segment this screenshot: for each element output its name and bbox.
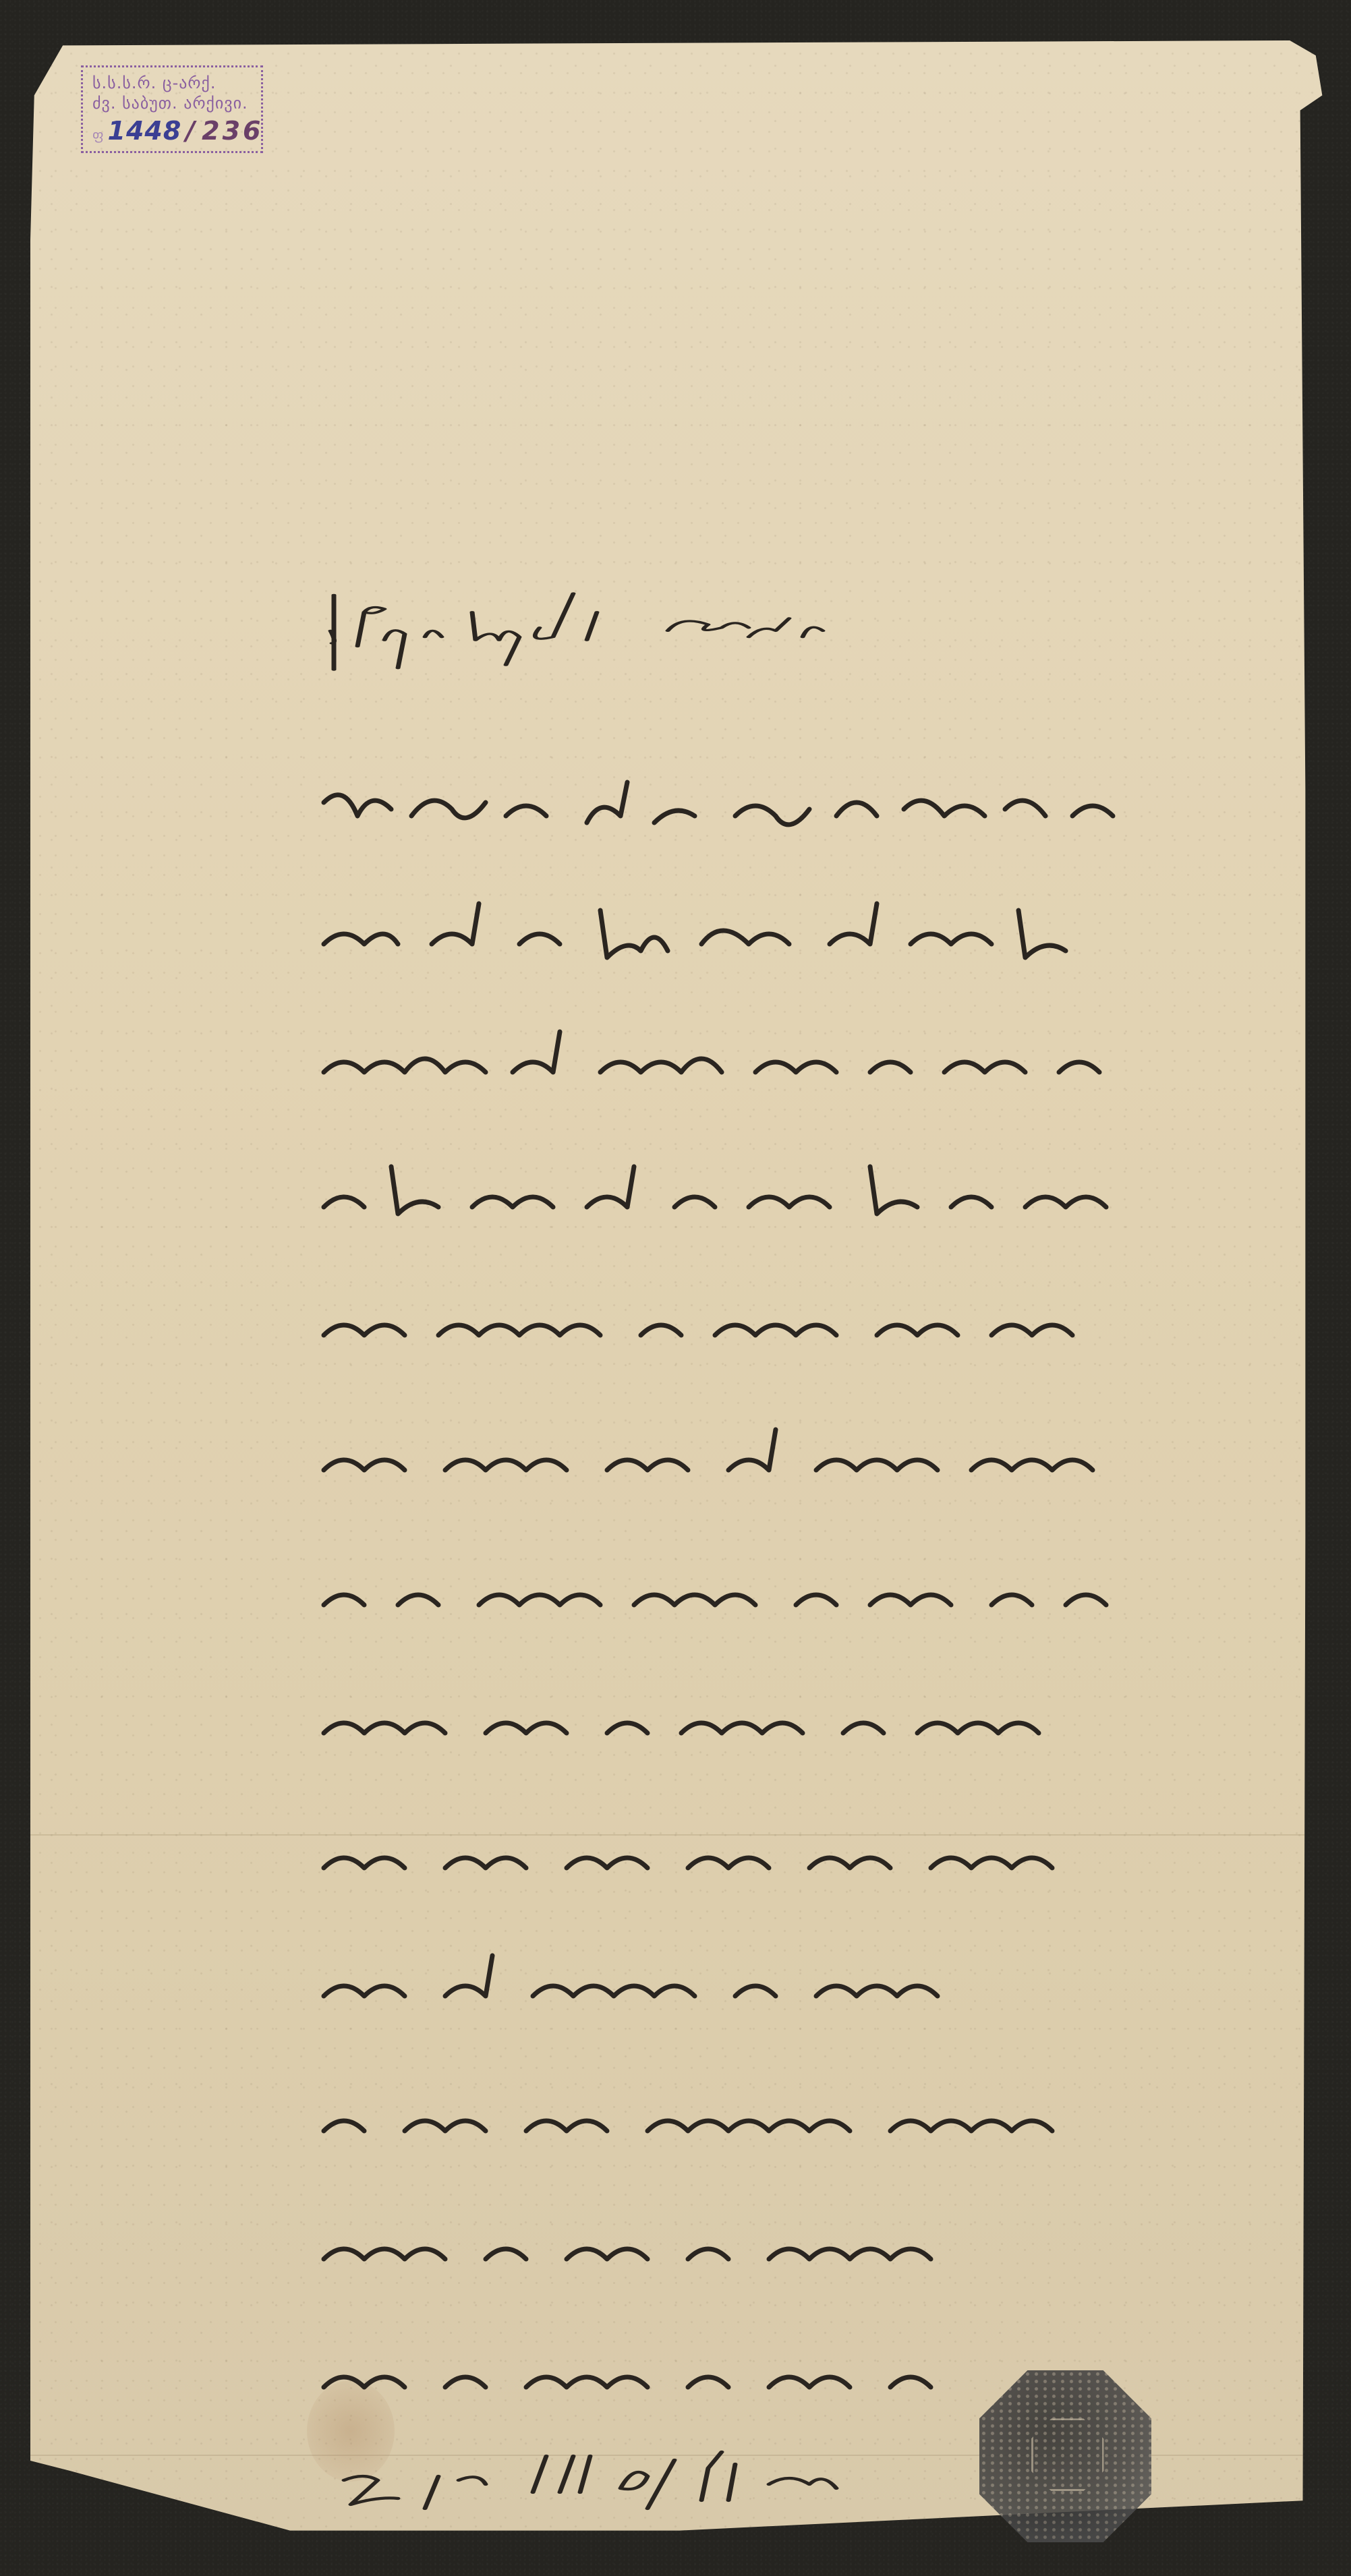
handwritten-line-2 xyxy=(317,775,1194,856)
handwritten-line-9 xyxy=(317,1679,1194,1760)
seal-emblem xyxy=(1031,2418,1104,2491)
handwritten-line-6 xyxy=(317,1281,1194,1362)
handwritten-line-11 xyxy=(317,1942,1194,2023)
manuscript-body xyxy=(0,0,1351,2576)
handwritten-line-8 xyxy=(317,1551,1194,1632)
handwritten-line-3 xyxy=(317,897,1160,978)
handwritten-line-15 xyxy=(324,2428,998,2509)
handwritten-line-5 xyxy=(317,1153,1194,1234)
ink-seal xyxy=(979,2370,1151,2542)
handwritten-line-4 xyxy=(317,1025,1194,1106)
handwritten-line-13 xyxy=(317,2205,1194,2286)
handwritten-line-12 xyxy=(317,2077,1194,2158)
handwritten-line-10 xyxy=(317,1814,1194,1895)
handwritten-line-1 xyxy=(317,593,1194,674)
handwritten-line-7 xyxy=(317,1416,1194,1497)
